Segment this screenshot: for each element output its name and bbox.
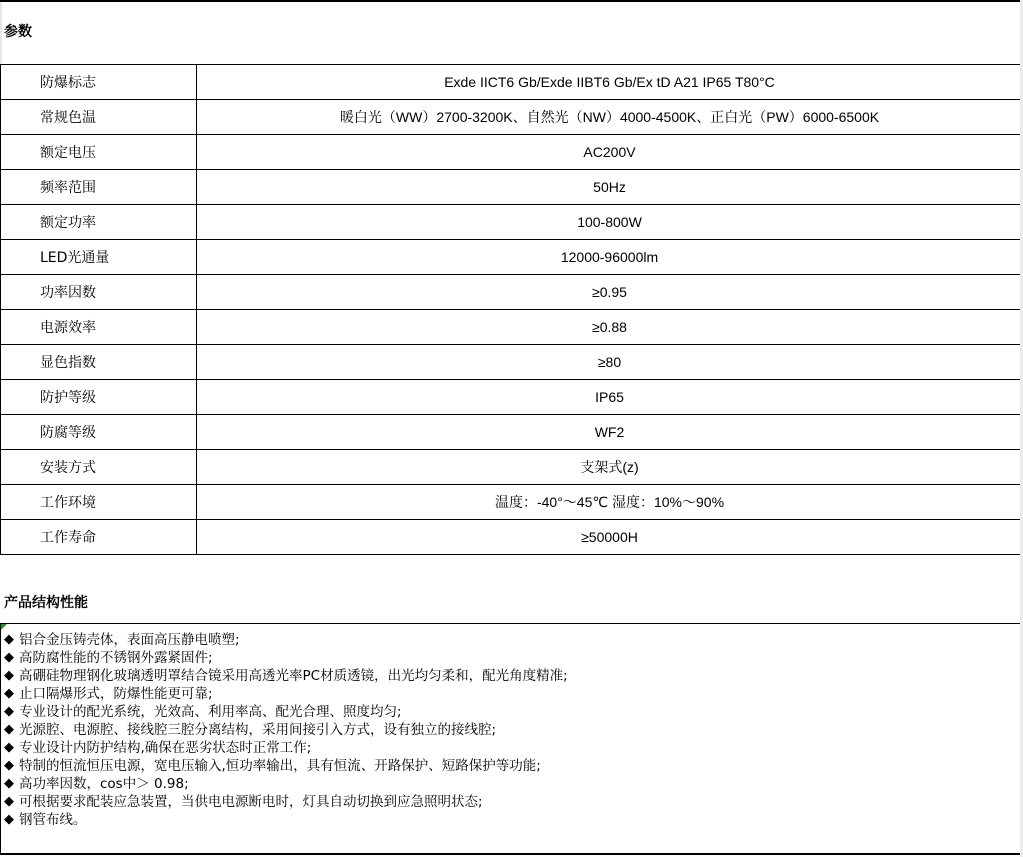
params-section-title: 参数 <box>4 23 32 41</box>
feature-text: 光源腔、电源腔、接线腔三腔分离结构，采用间接引入方式，设有独立的接线腔; <box>19 721 496 739</box>
diamond-bullet-icon: ◆ <box>4 667 19 685</box>
spec-label: 额定功率 <box>1 205 197 240</box>
spec-value: ≥50000H <box>197 520 1023 555</box>
table-row: 常规色温 暖白光（WW）2700-3200K、自然光（NW）4000-4500K… <box>1 100 1023 135</box>
diamond-bullet-icon: ◆ <box>4 793 19 811</box>
list-item: ◆ 专业设计内防护结构,确保在恶劣状态时正常工作; <box>4 739 1020 757</box>
features-list: ◆ 铝合金压铸壳体，表面高压静电喷塑; ◆ 高防腐性能的不锈钢外露紧固件; ◆ … <box>0 623 1020 855</box>
table-row: 安装方式 支架式(z) <box>1 450 1023 485</box>
spec-label: 频率范围 <box>1 170 197 205</box>
table-row: 电源效率 ≥0.88 <box>1 310 1023 345</box>
list-item: ◆ 高防腐性能的不锈钢外露紧固件; <box>4 649 1020 667</box>
spec-label: 功率因数 <box>1 275 197 310</box>
left-edge-shade <box>0 2 2 64</box>
diamond-bullet-icon: ◆ <box>4 649 19 667</box>
diamond-bullet-icon: ◆ <box>4 631 19 649</box>
spec-label: 显色指数 <box>1 345 197 380</box>
spec-value: IP65 <box>197 380 1023 415</box>
spec-value: 50Hz <box>197 170 1023 205</box>
spec-value: 12000-96000lm <box>197 240 1023 275</box>
feature-text: 止口隔爆形式，防爆性能更可靠; <box>19 685 213 703</box>
feature-text: 特制的恒流恒压电源，宽电压输入,恒功率输出，具有恒流、开路保护、短路保护等功能; <box>19 757 541 775</box>
structure-section-title: 产品结构性能 <box>4 594 88 612</box>
diamond-bullet-icon: ◆ <box>4 685 19 703</box>
spec-value: 暖白光（WW）2700-3200K、自然光（NW）4000-4500K、正白光（… <box>197 100 1023 135</box>
feature-text: 高硼硅物理钢化玻璃透明罩结合镜采用高透光率PC材质透镜，出光均匀柔和，配光角度精… <box>19 667 568 685</box>
list-item: ◆ 铝合金压铸壳体，表面高压静电喷塑; <box>4 631 1020 649</box>
table-row: LED光通量 12000-96000lm <box>1 240 1023 275</box>
diamond-bullet-icon: ◆ <box>4 757 19 775</box>
feature-text: 专业设计的配光系统，光效高、利用率高、配光合理、照度均匀; <box>19 703 402 721</box>
table-row: 工作环境 温度：-40°～45℃ 湿度：10%～90% <box>1 485 1023 520</box>
spec-label: 安装方式 <box>1 450 197 485</box>
spec-page: 参数 防爆标志 Exde IICT6 Gb/Exde IIBT6 Gb/Ex t… <box>0 0 1020 857</box>
table-row: 防爆标志 Exde IICT6 Gb/Exde IIBT6 Gb/Ex tD A… <box>1 65 1023 100</box>
list-item: ◆ 专业设计的配光系统，光效高、利用率高、配光合理、照度均匀; <box>4 703 1020 721</box>
spec-label: LED光通量 <box>1 240 197 275</box>
list-item: ◆ 光源腔、电源腔、接线腔三腔分离结构，采用间接引入方式，设有独立的接线腔; <box>4 721 1020 739</box>
spec-value: ≥0.95 <box>197 275 1023 310</box>
spec-label: 工作环境 <box>1 485 197 520</box>
spec-value: ≥80 <box>197 345 1023 380</box>
table-row: 防护等级 IP65 <box>1 380 1023 415</box>
list-item: ◆ 钢管布线。 <box>4 811 1020 829</box>
list-item: ◆ 特制的恒流恒压电源，宽电压输入,恒功率输出，具有恒流、开路保护、短路保护等功… <box>4 757 1020 775</box>
spec-value: ≥0.88 <box>197 310 1023 345</box>
feature-text: 专业设计内防护结构,确保在恶劣状态时正常工作; <box>19 739 311 757</box>
spec-value: 温度：-40°～45℃ 湿度：10%～90% <box>197 485 1023 520</box>
spec-label: 防护等级 <box>1 380 197 415</box>
spec-value: WF2 <box>197 415 1023 450</box>
cell-corner-marker-icon <box>1 624 7 630</box>
table-row: 频率范围 50Hz <box>1 170 1023 205</box>
spec-value: 100-800W <box>197 205 1023 240</box>
feature-text: 铝合金压铸壳体，表面高压静电喷塑; <box>19 631 240 649</box>
spec-label: 工作寿命 <box>1 520 197 555</box>
feature-text: 可根据要求配装应急装置，当供电电源断电时，灯具自动切换到应急照明状态; <box>19 793 483 811</box>
table-row: 工作寿命 ≥50000H <box>1 520 1023 555</box>
diamond-bullet-icon: ◆ <box>4 811 19 829</box>
table-row: 额定功率 100-800W <box>1 205 1023 240</box>
list-item: ◆ 高功率因数，cos中＞ 0.98; <box>4 775 1020 793</box>
spec-label: 额定电压 <box>1 135 197 170</box>
spec-label: 防腐等级 <box>1 415 197 450</box>
spec-value: 支架式(z) <box>197 450 1023 485</box>
spec-label: 常规色温 <box>1 100 197 135</box>
spec-value: Exde IICT6 Gb/Exde IIBT6 Gb/Ex tD A21 IP… <box>197 65 1023 100</box>
feature-text: 高防腐性能的不锈钢外露紧固件; <box>19 649 213 667</box>
top-divider <box>0 0 1020 2</box>
list-item: ◆ 高硼硅物理钢化玻璃透明罩结合镜采用高透光率PC材质透镜，出光均匀柔和，配光角… <box>4 667 1020 685</box>
table-row: 功率因数 ≥0.95 <box>1 275 1023 310</box>
diamond-bullet-icon: ◆ <box>4 775 19 793</box>
table-row: 显色指数 ≥80 <box>1 345 1023 380</box>
diamond-bullet-icon: ◆ <box>4 721 19 739</box>
spec-table: 防爆标志 Exde IICT6 Gb/Exde IIBT6 Gb/Ex tD A… <box>0 64 1023 555</box>
list-item: ◆ 止口隔爆形式，防爆性能更可靠; <box>4 685 1020 703</box>
feature-text: 高功率因数，cos中＞ 0.98; <box>19 775 189 793</box>
list-item: ◆ 可根据要求配装应急装置，当供电电源断电时，灯具自动切换到应急照明状态; <box>4 793 1020 811</box>
table-row: 防腐等级 WF2 <box>1 415 1023 450</box>
feature-text: 钢管布线。 <box>19 811 87 829</box>
diamond-bullet-icon: ◆ <box>4 703 19 721</box>
spec-value: AC200V <box>197 135 1023 170</box>
spec-label: 电源效率 <box>1 310 197 345</box>
spec-label: 防爆标志 <box>1 65 197 100</box>
diamond-bullet-icon: ◆ <box>4 739 19 757</box>
table-row: 额定电压 AC200V <box>1 135 1023 170</box>
